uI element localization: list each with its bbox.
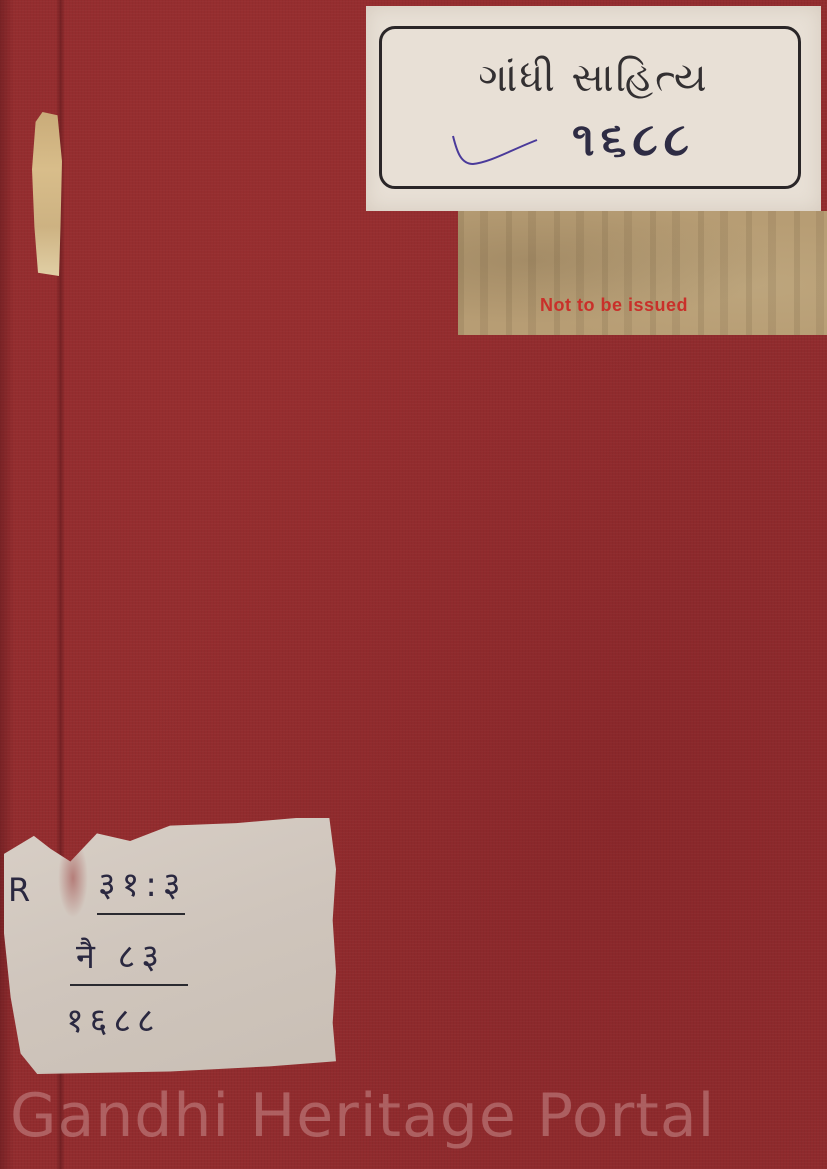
label-tear-mark [58, 838, 88, 918]
spine-tape-patch [32, 112, 62, 276]
aged-tape: Not to be issued [458, 211, 827, 335]
accession-number: ૧૬૮૮ [446, 116, 821, 162]
call-number-line-1: ३१:३ [98, 868, 187, 902]
not-issued-stamp: Not to be issued [540, 295, 688, 316]
underline-1 [97, 913, 185, 915]
call-number-line-2: नै ८३ [76, 940, 165, 974]
call-number-line-3: १६८८ [66, 1004, 161, 1038]
handwritten-call-number-label [4, 818, 336, 1074]
underline-2 [70, 984, 188, 986]
reference-mark: R [8, 874, 30, 906]
portal-watermark: Gandhi Heritage Portal [10, 1086, 715, 1146]
book-cover: ગાંધી સાહિત્ય ૧૬૮૮ Not to be issued R ३१… [0, 0, 827, 1169]
label-title: ગાંધી સાહિત્ય [366, 58, 821, 98]
library-label: ગાંધી સાહિત્ય ૧૬૮૮ [366, 6, 821, 211]
